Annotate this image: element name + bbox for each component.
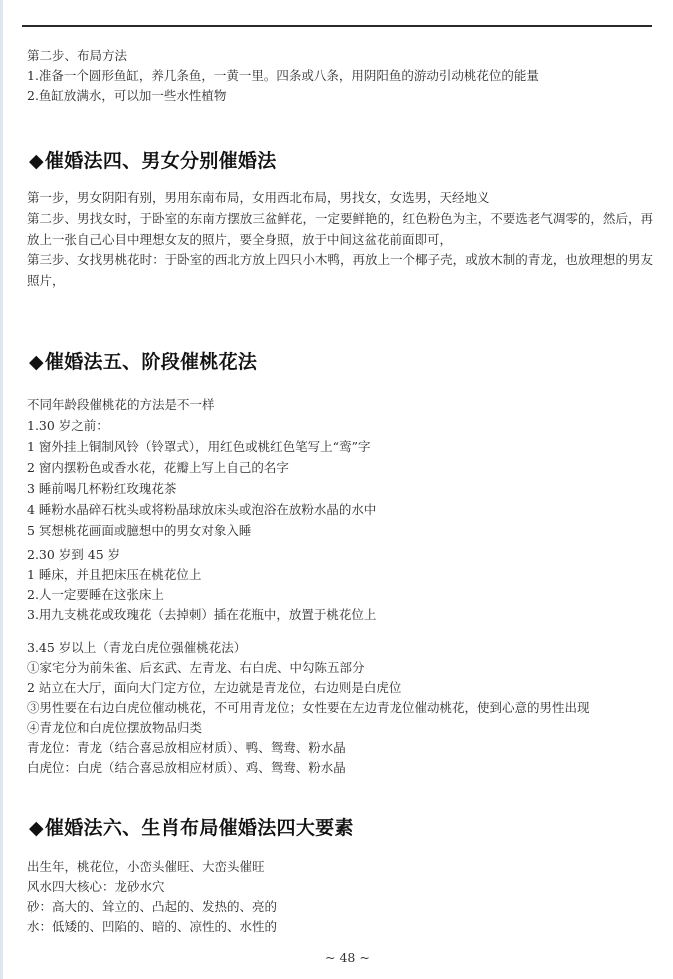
body-line: 风水四大核心：龙砂水穴 bbox=[27, 878, 165, 896]
body-line: 出生年，桃花位，小峦头催旺、大峦头催旺 bbox=[27, 858, 265, 876]
body-line: 砂：高大的、耸立的、凸起的、发热的、亮的 bbox=[27, 898, 277, 916]
list-item: 3.用九支桃花或玫瑰花（去掉刺）插在花瓶中，放置于桃花位上 bbox=[27, 606, 376, 624]
diamond-bullet-icon: ◆ bbox=[29, 351, 44, 373]
age-group-heading: 3.45 岁以上（青龙白虎位强催桃花法） bbox=[27, 639, 246, 657]
section-title: 催婚法六、生肖布局催婚法四大要素 bbox=[45, 817, 354, 839]
age-group-heading: 1.30 岁之前： bbox=[27, 417, 109, 435]
list-item: 1 睡床，并且把床压在桃花位上 bbox=[27, 566, 201, 584]
section-heading-5: ◆催婚法五、阶段催桃花法 bbox=[29, 347, 257, 374]
list-item: ③男性要在右边白虎位催动桃花，不可用青龙位；女性要在左边青龙位催动桃花，使到心意… bbox=[27, 699, 590, 717]
list-item: 3 睡前喝几杯粉红玫瑰花茶 bbox=[27, 480, 176, 498]
list-item: ①家宅分为前朱雀、后玄武、左青龙、右白虎、中勾陈五部分 bbox=[27, 659, 365, 677]
list-item: 2 窗内摆粉色或香水花，花瓣上写上自己的名字 bbox=[27, 459, 289, 477]
paragraph: 第二步、男找女时，于卧室的东南方摆放三盆鲜花，一定要鲜艳的，红色粉色为主，不要选… bbox=[27, 209, 653, 250]
step-heading: 第二步、布局方法 bbox=[27, 47, 127, 65]
list-item: 2 站立在大厅，面向大门定方位，左边就是青龙位，右边则是白虎位 bbox=[27, 679, 401, 697]
page-number: ~ 48 ~ bbox=[325, 950, 370, 965]
list-item: 白虎位：白虎（结合喜忌放相应材质）、鸡、鸳鸯、粉水晶 bbox=[27, 759, 346, 777]
paragraph: 第三步、女找男桃花时：于卧室的西北方放上四只小木鸭，再放上一个椰子壳，或放木制的… bbox=[27, 250, 653, 291]
list-item: ④青龙位和白虎位摆放物品归类 bbox=[27, 719, 202, 737]
section-heading-4: ◆催婚法四、男女分别催婚法 bbox=[29, 146, 277, 173]
section-heading-6: ◆催婚法六、生肖布局催婚法四大要素 bbox=[29, 813, 354, 840]
header-rule bbox=[22, 25, 652, 27]
list-item: 2.人一定要睡在这张床上 bbox=[27, 586, 164, 604]
section-title: 催婚法五、阶段催桃花法 bbox=[45, 351, 257, 373]
body-line: 水：低矮的、凹陷的、暗的、凉性的、水性的 bbox=[27, 918, 277, 936]
step-item: 2.鱼缸放满水，可以加一些水性植物 bbox=[27, 87, 226, 105]
list-item: 4 睡粉水晶碎石枕头或将粉晶球放床头或泡浴在放粉水晶的水中 bbox=[27, 501, 376, 519]
list-item: 1 窗外挂上铜制风铃（铃罩式），用红色或桃红色笔写上“鸾”字 bbox=[27, 438, 370, 456]
intro-text: 不同年龄段催桃花的方法是不一样 bbox=[27, 396, 215, 414]
diamond-bullet-icon: ◆ bbox=[29, 817, 44, 839]
list-item: 青龙位：青龙（结合喜忌放相应材质）、鸭、鸳鸯、粉水晶 bbox=[27, 739, 346, 757]
list-item: 5 冥想桃花画面或臆想中的男女对象入睡 bbox=[27, 522, 251, 540]
paragraph: 第一步，男女阴阳有别，男用东南布局，女用西北布局，男找女，女选男，天经地义 bbox=[27, 188, 653, 209]
age-group-heading: 2.30 岁到 45 岁 bbox=[27, 546, 120, 564]
diamond-bullet-icon: ◆ bbox=[29, 150, 44, 172]
step-item: 1.准备一个圆形鱼缸，养几条鱼，一黄一里。四条或八条，用阴阳鱼的游动引动桃花位的… bbox=[27, 67, 539, 85]
section-title: 催婚法四、男女分别催婚法 bbox=[45, 150, 277, 172]
page-left-edge bbox=[0, 0, 3, 979]
